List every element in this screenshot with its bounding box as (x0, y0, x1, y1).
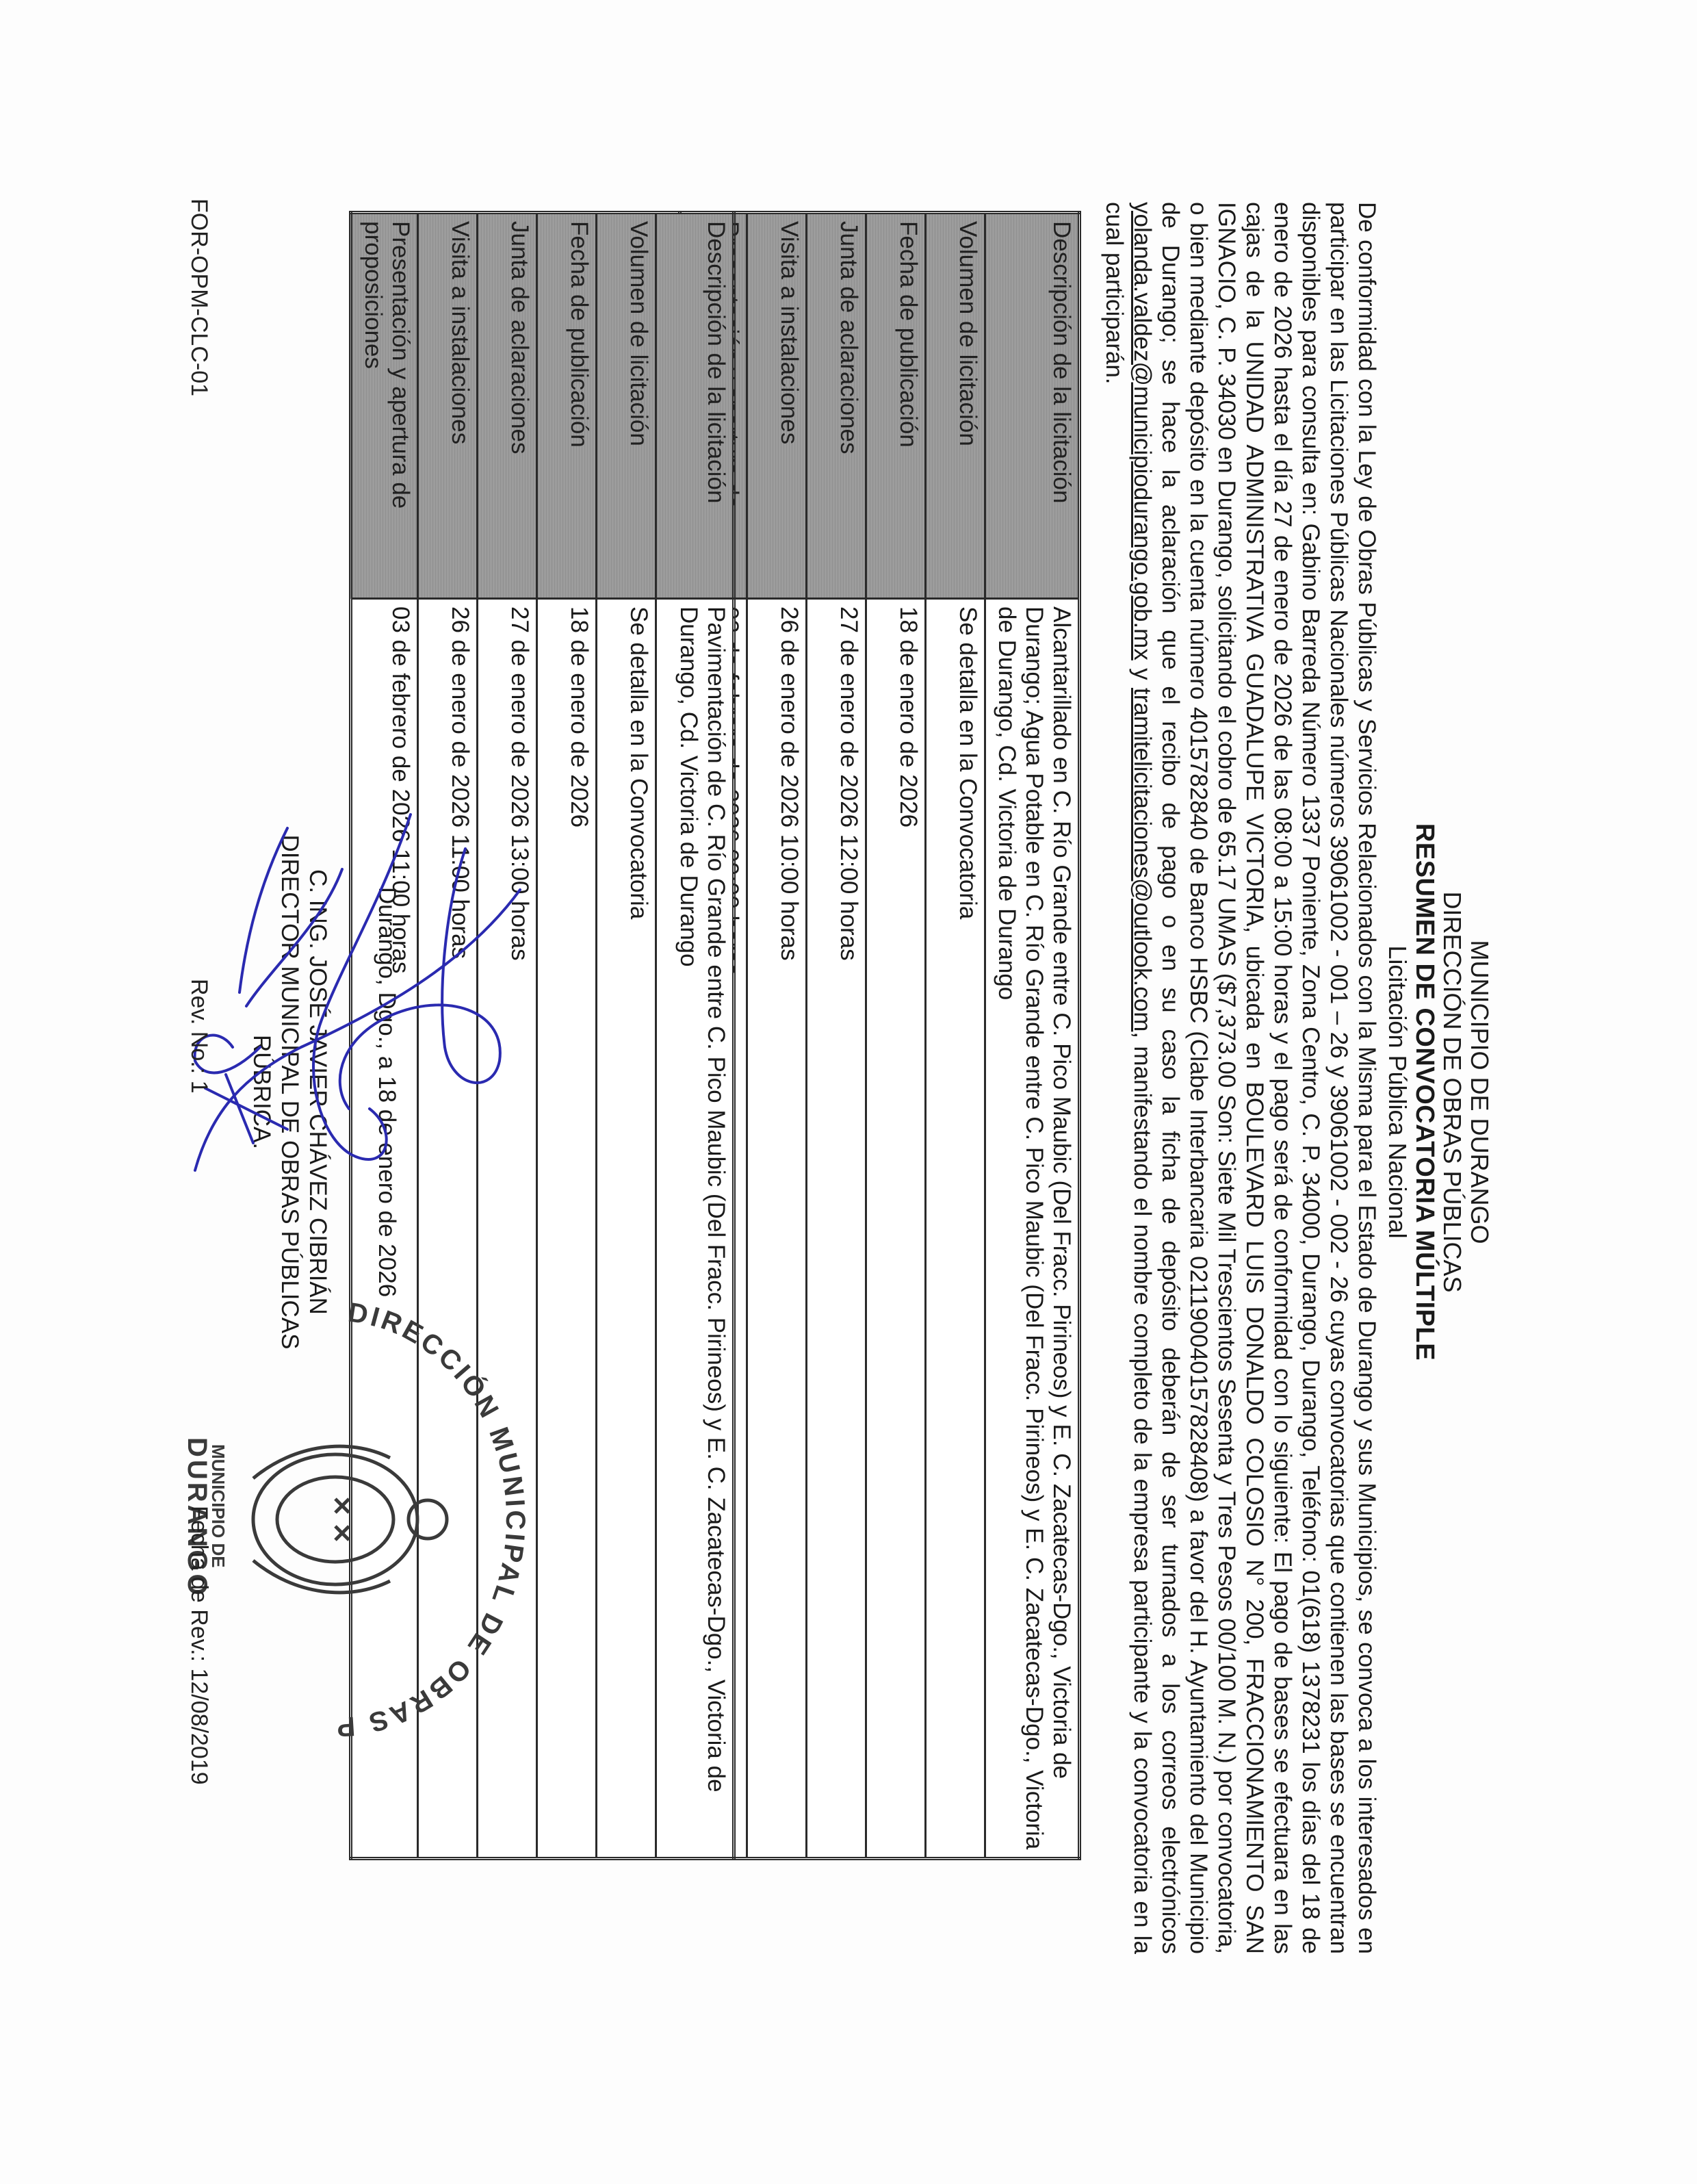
table-row: Visita a instalaciones 26 de enero de 20… (418, 213, 478, 1859)
row-value: Pavimentación de C. Río Grande entre C. … (656, 599, 734, 1859)
table-row: Descripción de la licitación Alcantarill… (985, 213, 1080, 1859)
place-and-date: Durango, Dgo., a 18 de enero de 2026 (373, 0, 400, 2184)
intro-text: De conformidad con la Ley de Obras Públi… (1157, 202, 1380, 1954)
revision-number: Rev. No.: 1 (185, 979, 212, 1094)
row-label: Visita a instalaciones (747, 213, 807, 599)
row-label: Descripción de la licitación (985, 213, 1080, 599)
signature-note: RÚBRICA. (248, 0, 276, 2184)
table-row: Volumen de licitación Se detalla en la C… (926, 213, 985, 1859)
municipality-name: MUNICIPIO DE DURANGO (1466, 0, 1493, 2184)
tender-table-2: Descripción de la licitación Pavimentaci… (349, 211, 736, 1860)
row-value: 27 de enero de 2026 13:00 horas (478, 599, 537, 1859)
row-value: Se detalla en la Convocatoria (926, 599, 985, 1859)
email-link-tramite[interactable]: tramitelicitaciones@outlook.com (1129, 688, 1156, 1031)
signer-block: C. ING. JOSÉ JAVIER CHÁVEZ CIBRIÁN DIREC… (248, 0, 332, 2184)
table-row: Descripción de la licitación Pavimentaci… (656, 213, 734, 1859)
row-value: Alcantarillado en C. Río Grande entre C.… (985, 599, 1080, 1859)
row-label: Fecha de publicación (537, 213, 597, 599)
table-row: Junta de aclaraciones 27 de enero de 202… (807, 213, 866, 1859)
tender-table-1: Descripción de la licitación Alcantarill… (678, 211, 1081, 1860)
intro-joiner: y (1129, 660, 1156, 688)
row-label: Junta de aclaraciones (478, 213, 537, 599)
row-value: 18 de enero de 2026 (537, 599, 597, 1859)
table-row: Volumen de licitación Se detalla en la C… (597, 213, 656, 1859)
document-page: MUNICIPIO DE DURANGO DIRECCIÓN DE OBRAS … (0, 0, 1697, 2184)
signer-name: C. ING. JOSÉ JAVIER CHÁVEZ CIBRIÁN (304, 0, 332, 2184)
row-label: Junta de aclaraciones (807, 213, 866, 599)
document-header: MUNICIPIO DE DURANGO DIRECCIÓN DE OBRAS … (1384, 0, 1493, 2184)
row-label: Fecha de publicación (866, 213, 926, 599)
table-row: Visita a instalaciones 26 de enero de 20… (747, 213, 807, 1859)
row-label: Visita a instalaciones (418, 213, 478, 599)
table-row: Fecha de publicación 18 de enero de 2026 (537, 213, 597, 1859)
row-value: 27 de enero de 2026 12:00 horas (807, 599, 866, 1859)
table-row: Junta de aclaraciones 27 de enero de 202… (478, 213, 537, 1859)
form-code: FOR-OPM-CLC-01 (185, 198, 212, 396)
revision-date: Fecha de Rev.: 12/08/2019 (185, 1506, 212, 1785)
document-subtitle: Licitación Pública Nacional (1384, 0, 1411, 2184)
row-value: 18 de enero de 2026 (866, 599, 926, 1859)
row-label: Descripción de la licitación (656, 213, 734, 599)
email-link-yolanda[interactable]: yolanda.valdez@municipiodurango.gob.mx (1129, 202, 1156, 660)
row-label: Volumen de licitación (597, 213, 656, 599)
row-value: Se detalla en la Convocatoria (597, 599, 656, 1859)
row-label: Volumen de licitación (926, 213, 985, 599)
row-value: 26 de enero de 2026 11:00 horas (418, 599, 478, 1859)
intro-paragraph: De conformidad con la Ley de Obras Públi… (1100, 202, 1381, 1954)
signer-title: DIRECTOR MUNICIPAL DE OBRAS PÚBLICAS (276, 0, 304, 2184)
document-title: RESUMEN DE CONVOCATORIA MÚLTIPLE (1411, 0, 1438, 2184)
row-value: 26 de enero de 2026 10:00 horas (747, 599, 807, 1859)
table-row: Fecha de publicación 18 de enero de 2026 (866, 213, 926, 1859)
department-name: DIRECCIÓN DE OBRAS PÚBLICAS (1438, 0, 1466, 2184)
